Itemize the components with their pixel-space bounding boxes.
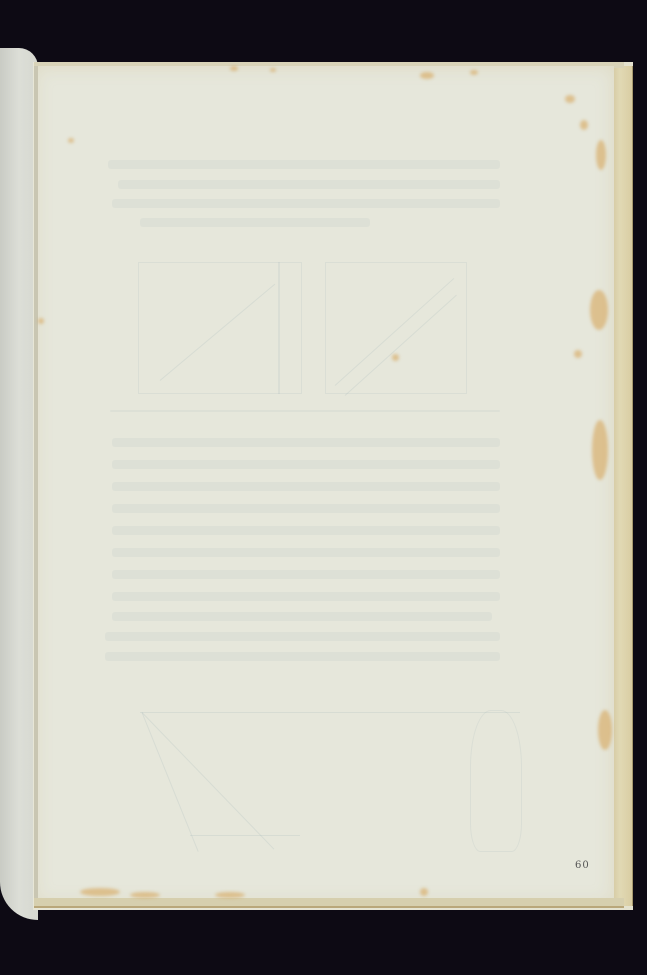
right-page-edge xyxy=(612,66,633,906)
bottom-page-rim xyxy=(34,898,624,908)
page-number: 60 xyxy=(575,860,590,871)
scanned-page-view: 60 xyxy=(0,0,647,975)
page-gutter xyxy=(34,66,38,904)
